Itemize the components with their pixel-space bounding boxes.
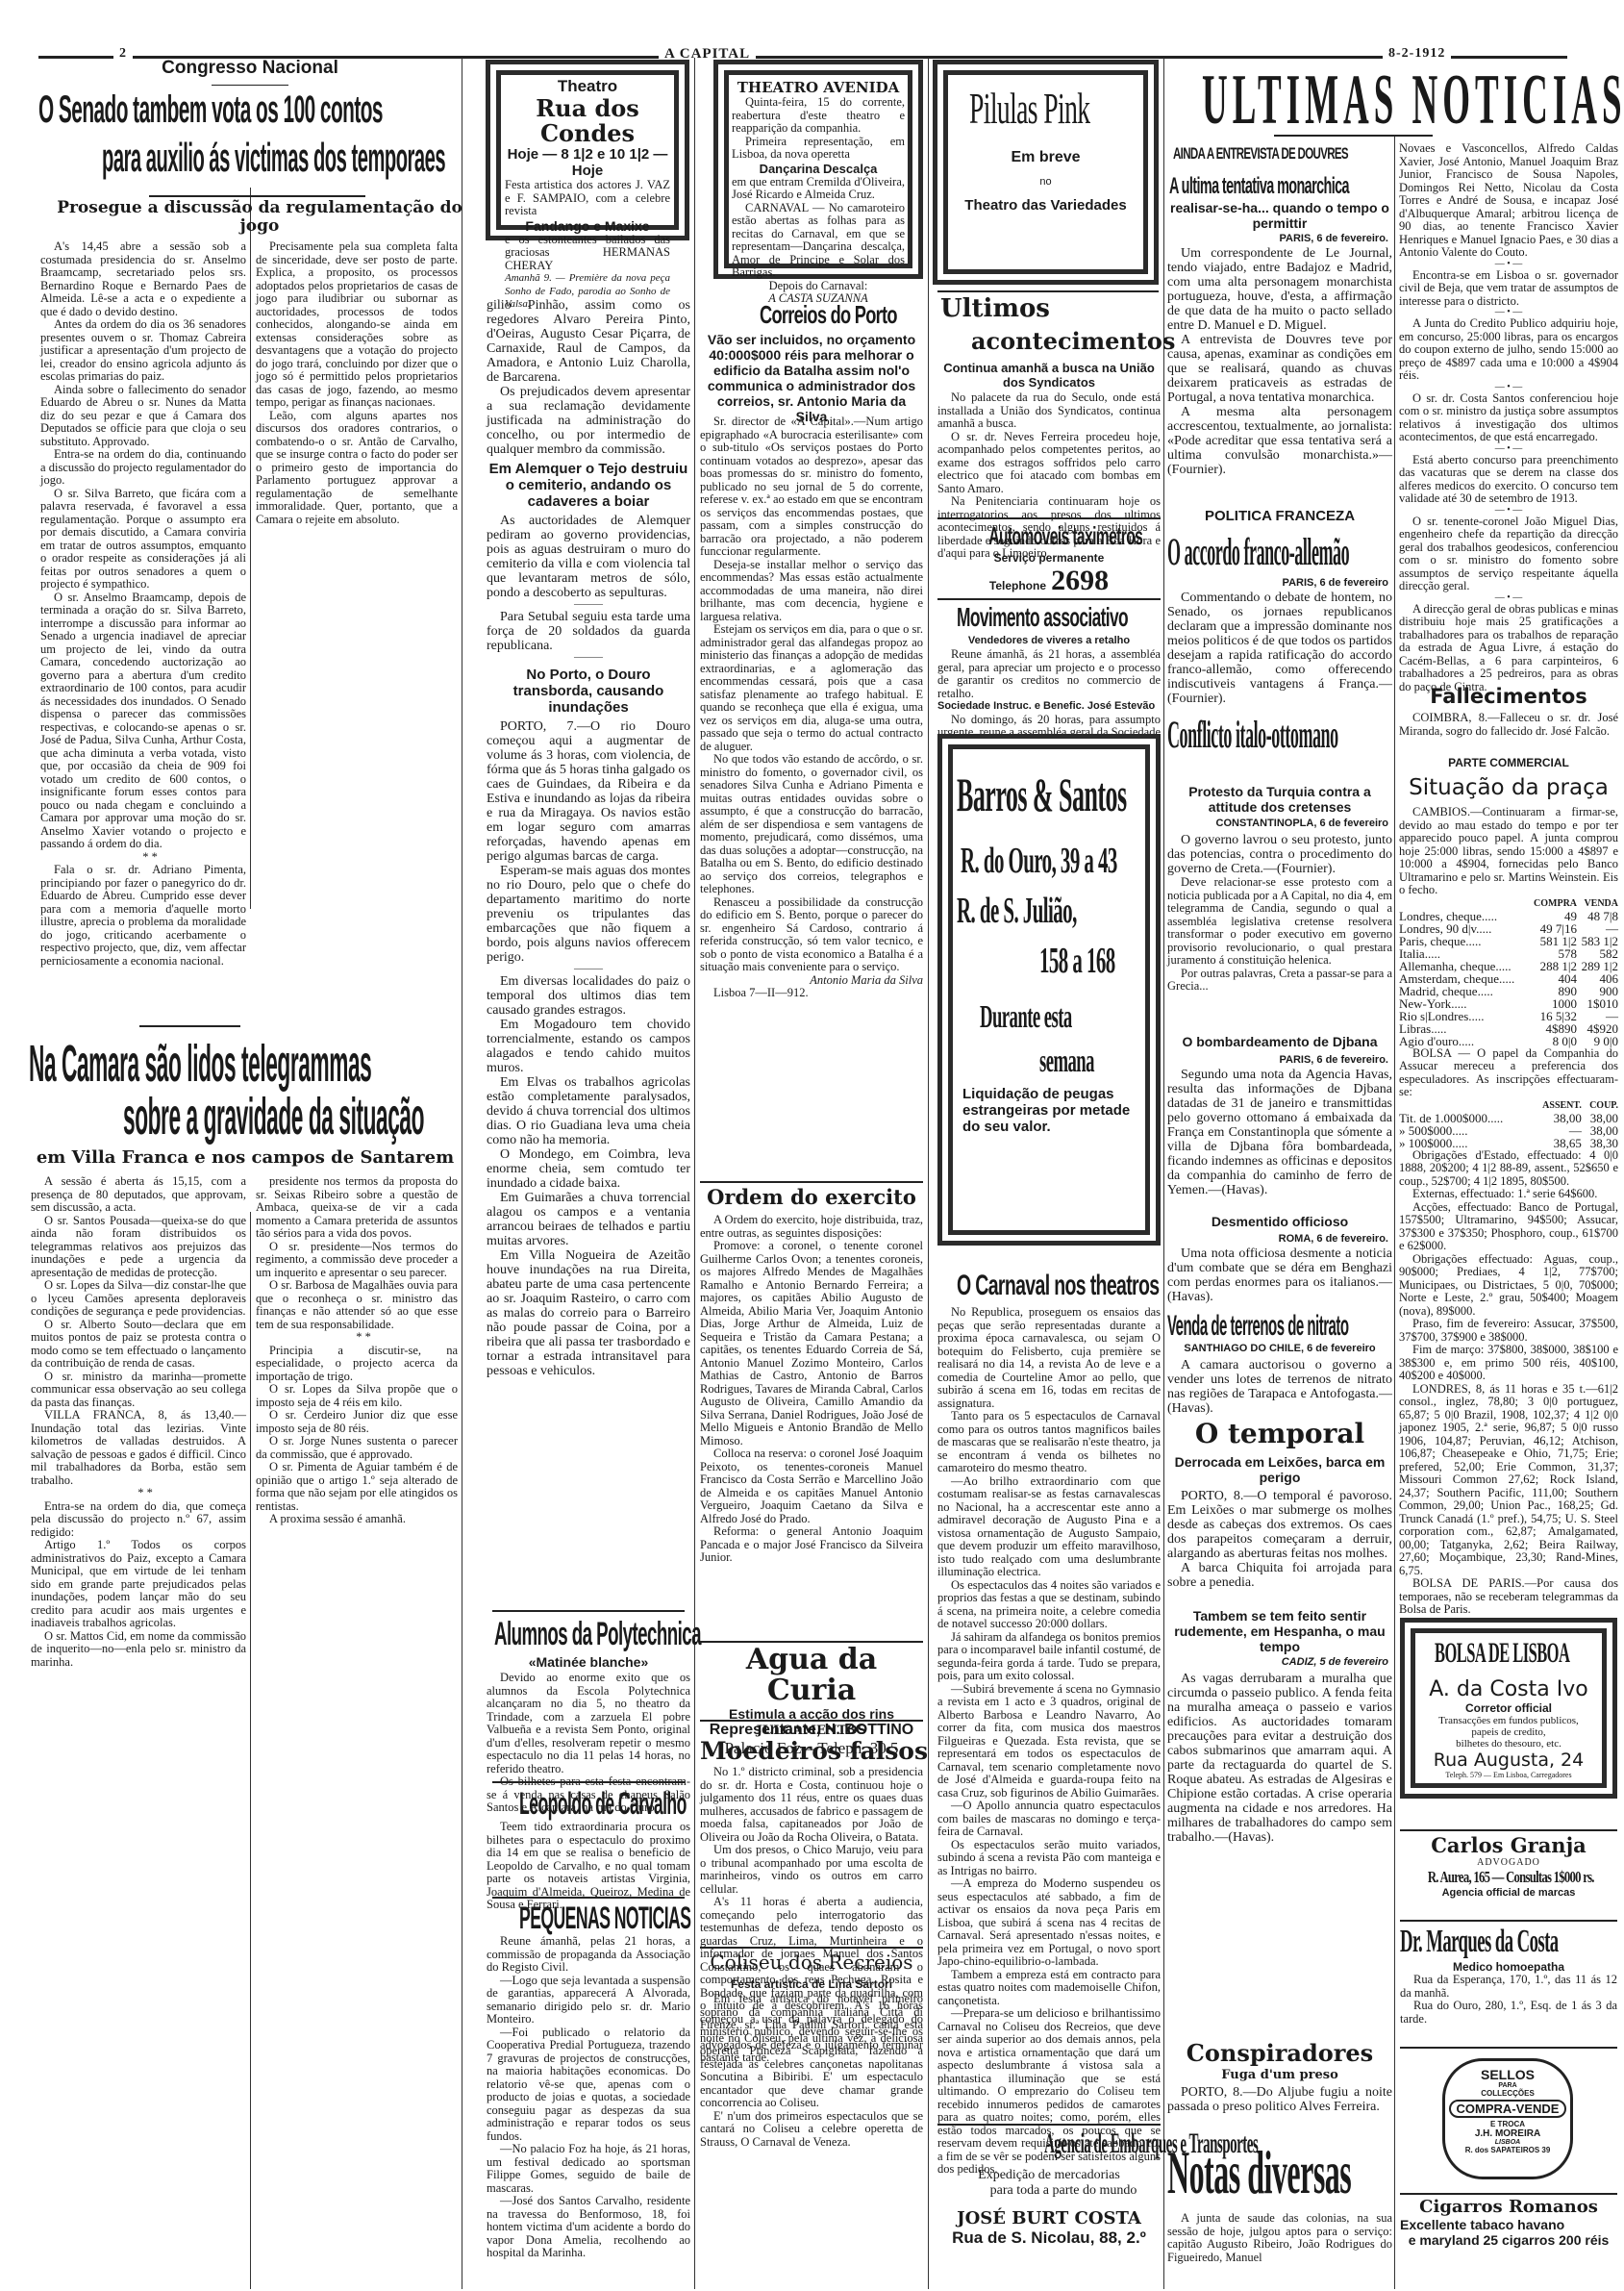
column-divider [462,58,462,2289]
subheadline-alemquer: Em Alemquer o Tejo destruiu o cemiterio,… [487,461,690,510]
table-row: Italia.....578582 [1399,947,1618,960]
article-italo: O governo lavrou o seu protesto, junto d… [1167,833,1392,994]
masthead: 2 A CAPITAL 8-2-1912 [38,46,1567,58]
article-col3-top: gilio Pinhão, assim como os regedores Al… [487,298,690,1378]
column-divider [250,1212,251,2289]
table-row: Agio d'ouro.....8 0|09 0|0 [1399,1035,1618,1047]
ad-marques-costa: Dr. Marques da Costa Medico homoepatha R… [1400,1924,1617,2026]
divider [937,598,1161,600]
section-title: Congresso Nacional [38,58,462,79]
subheadline-porto: No Porto, o Douro transborda, causando i… [487,667,690,716]
headline-moedeiros: Moedeiros falsos [700,1737,923,1765]
ad-sellos-stamp: SELLOS PARA COLLECÇÕES COMPRA-VENDE E TR… [1442,2058,1573,2179]
headline-ordem-exercito: Ordem do exercito [700,1185,923,1209]
article-desmentido: Uma nota officiosa desmente a noticia d'… [1167,1246,1392,1304]
exchange-rates-table: COMPRA VENDA Londres, cheque.....4948 7|… [1399,897,1618,1047]
bolsa-table: ASSENT. COUP. Tit. de 1.000$000.....38,0… [1399,1099,1618,1149]
divider [700,1947,923,1949]
headline-accordo: O accordo franco-allemão [1167,529,1349,574]
article-camara-col2: presidente nos termos da proposta do sr.… [256,1175,458,1526]
headline-pequenas-noticias: PEQUENAS NOTICIAS [519,1901,690,1936]
headline-ultimos: Ultimos [940,294,1050,323]
headline-situacao-praca: Situação da praça [1399,775,1618,800]
article-notas-diversas: A junta de saude das colonias, na sua se… [1167,2212,1392,2264]
article-djbana: Segundo uma nota da Agencia Havas, resul… [1167,1068,1392,1197]
headline-correios: Correios do Porto [760,300,897,330]
section-parte-commercial: PARTE COMMERCIAL [1399,756,1618,769]
divider [937,2124,1161,2126]
column-divider [1394,135,1395,2289]
headline-nitrato: Venda de terrenos de nitrato [1167,1310,1349,1343]
article-correios: Sr. director de «A Capital».—Num artigo … [700,415,923,1000]
headline-notas-diversas: Notas diversas [1167,2137,1351,2208]
headline-camara: Na Camara são lidos telegrammas [29,1034,371,1094]
subheadline: Prosegue a discussão da regulamentação d… [38,199,481,236]
article-temporal: PORTO, 8.—O temporal é pavoroso. Em Leix… [1167,1489,1392,1590]
headline: O Senado tambem vota os 100 contos [38,88,383,132]
ad-barros-santos: Barros & Santos R. do Ouro, 39 a 43 R. d… [937,734,1161,1246]
table-row: Londres, 90 d|v.....49 7|16— [1399,922,1618,935]
divider [492,1610,685,1612]
column-divider [250,188,251,909]
ad-bolsa-lisboa: BOLSA DE LISBOA A. da Costa Ivo Corretor… [1400,1618,1617,1799]
headline-leopoldo: Leopoldo de Carvalho [519,1786,687,1822]
article-dover: Um correspondente de Le Journal, tendo v… [1167,246,1392,477]
divider [700,1720,923,1722]
divider [1400,1920,1617,1922]
ad-agencia-embarques: Agencia de Embarques e Transportes Exped… [937,2127,1161,2248]
article-ordem-exercito: A Ordem do exercito, hoje distribuida, t… [700,1214,923,1565]
headline-carnaval: O Carnaval nos theatros [957,1270,1159,1302]
column-divider [1163,58,1164,2289]
table-row: Allemanha, cheque.....288 1|2289 1|2 [1399,960,1618,972]
divider [492,1781,685,1783]
table-row: Madrid, cheque.....890900 [1399,985,1618,997]
column-divider [928,58,929,2289]
article-camara-col1: A sessão é aberta ás 15,15, com a presen… [31,1175,246,1669]
ad-theatro-avenida: THEATRO AVENIDA Quinta-feira, 15 do corr… [713,60,923,279]
article-hespanha: As vagas derrubaram a muralha que circum… [1167,1672,1392,1845]
table-row: Tit. de 1.000$000.....38,0038,00 [1399,1112,1618,1124]
article-nitrato: A camara auctorisou o governo a vender u… [1167,1358,1392,1416]
article-fallecimentos: COIMBRA, 8.—Falleceu o sr. dr. José Mira… [1399,712,1618,738]
headline-djbana: O bombardeamento de Djbana [1167,1034,1392,1049]
divider [1400,2193,1617,2195]
subheadline-correios: Vão ser incluidos, no orçamento 40:000$0… [700,332,923,424]
table-row: New-York.....10001$010 [1399,997,1618,1010]
ad-cigarros-romanos: Cigarros Romanos Excellente tabaco havan… [1400,2197,1617,2248]
headline: para auxilio ás victimas dos temporaes [102,135,445,181]
article-congresso-col2: Precisamente pela sua completa falta de … [256,240,458,526]
headline-dover: A ultima tentativa monarchica [1169,173,1349,200]
headline-camara: sobre a gravidade da situação [123,1087,424,1146]
divider [492,1897,685,1899]
headline-italo: Conflicto italo-ottomano [1167,712,1338,757]
article-accordo: Commentando o debate de hontem, no Senad… [1167,591,1392,706]
headline-desmentido: Desmentido officioso [1167,1214,1392,1229]
table-row: Amsterdam, cheque.....404406 [1399,972,1618,985]
article-conspiradores: PORTO, 8.—Do Aljube fugiu a noite passad… [1167,2085,1392,2114]
headline-hespanha: Tambem se tem feito sentir rudemente, em… [1167,1608,1392,1654]
subheadline-camara: em Villa Franca e nos campos de Santarem [29,1147,462,1168]
article-coliseu: Em festa artistica do notavel primeiro s… [700,1993,923,2149]
article-pequenas-noticias: Reune ámanhã, pelas 21 horas, a commissã… [487,1935,690,2260]
divider [139,1025,240,1027]
headline-coliseu: Coliseu dos Recreios [700,1951,923,1974]
table-row: Libras.....4$8904$920 [1399,1022,1618,1035]
ad-automoveis: Automoveis taximetros Serviço permanente… [937,521,1161,597]
table-row: » 100$000.....38,6538,30 [1399,1137,1618,1149]
headline-conspiradores: Conspiradores [1167,2039,1392,2067]
divider [149,195,365,197]
headline-polytechnica: Alumnos da Polytechnica [494,1616,701,1653]
article-col7-notes: Novaes e Vasconcellos, Alfredo Caldas Xa… [1399,142,1618,693]
divider [937,290,1159,292]
headline-fallecimentos: Fallecimentos [1399,685,1618,708]
ad-pilulas-pink: Pilulas Pink Em breve no Theatro das Var… [933,60,1159,285]
ad-carlos-granja: Carlos Granja ADVOGADO R. Aurea, 165 — C… [1400,1833,1617,1899]
article-congresso-col1: A's 14,45 abre a sessão sob a costumada … [40,240,246,968]
divider [1400,1829,1617,1831]
divider [1400,2047,1617,2049]
article-carnaval: No Republica, proseguem os ensaios das p… [937,1306,1161,2177]
table-row: Rio s|Londres.....16 5|32— [1399,1010,1618,1022]
headline-temporal: O temporal [1167,1418,1392,1449]
article-cambios: CAMBIOS.—Continuaram a firmar-se, devido… [1399,806,1618,1617]
table-row: Paris, cheque.....581 1|2583 1|2 [1399,935,1618,947]
column-divider [694,58,695,2289]
headline-movimento: Movimento associativo [957,602,1128,633]
table-row: Londres, cheque.....4948 7|8 [1399,910,1618,922]
ad-theatro-rua-condes: Theatro Rua dos Condes Hoje — 8 1|2 e 10… [486,60,689,240]
subheadline-ultimos: Continua amanhã a busca na União dos Syn… [937,361,1161,390]
headline-ultimas-noticias: ULTIMAS NOTICIAS [1202,60,1624,141]
divider [937,517,1161,519]
divider [1274,135,1433,137]
table-row: » 500$000.....—38,00 [1399,1124,1618,1137]
divider [700,1181,923,1183]
divider [212,85,288,86]
